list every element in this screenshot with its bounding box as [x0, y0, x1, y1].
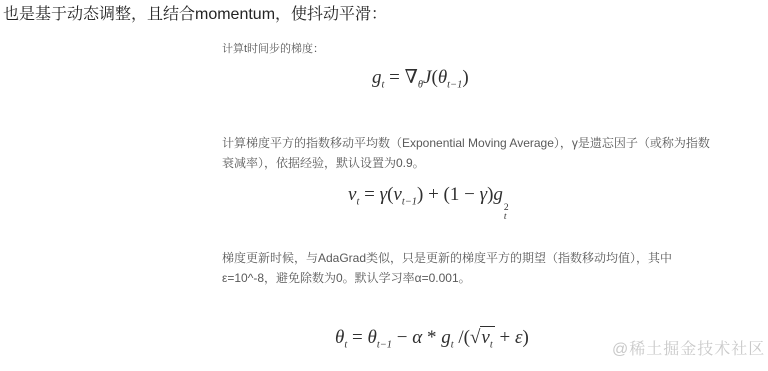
note-step3-line2: ε=10^-8，避免除数为0。默认学习率α=0.001。	[222, 268, 672, 288]
juejin-watermark: @稀土掘金技术社区	[612, 340, 765, 360]
note-step2-text: 计算梯度平方的指数移动平均数（Exponential Moving Averag…	[222, 133, 710, 173]
note-image: 计算t时间步的梯度： gt = ∇θJ(θt−1) 计算梯度平方的指数移动平均数…	[0, 0, 768, 371]
formula-gradient: gt = ∇θJ(θt−1)	[372, 66, 469, 89]
article-page: 也是基于动态调整，且结合momentum，使抖动平滑： 计算t时间步的梯度： g…	[0, 0, 768, 371]
note-step2-line1: 计算梯度平方的指数移动平均数（Exponential Moving Averag…	[222, 133, 710, 153]
note-step3-text: 梯度更新时候，与AdaGrad类似，只是更新的梯度平方的期望（指数移动均值），其…	[222, 248, 672, 288]
note-step2-line2: 衰减率），依据经验，默认设置为0.9。	[222, 153, 710, 173]
formula-update: θt = θt−1 − α * gt /(√vt + ε)	[335, 326, 529, 349]
formula-ema: vt = γ(vt−1) + (1 − γ)g2t	[348, 184, 509, 223]
note-step1-label: 计算t时间步的梯度：	[222, 42, 324, 56]
note-step3-line1: 梯度更新时候，与AdaGrad类似，只是更新的梯度平方的期望（指数移动均值），其…	[222, 248, 672, 268]
